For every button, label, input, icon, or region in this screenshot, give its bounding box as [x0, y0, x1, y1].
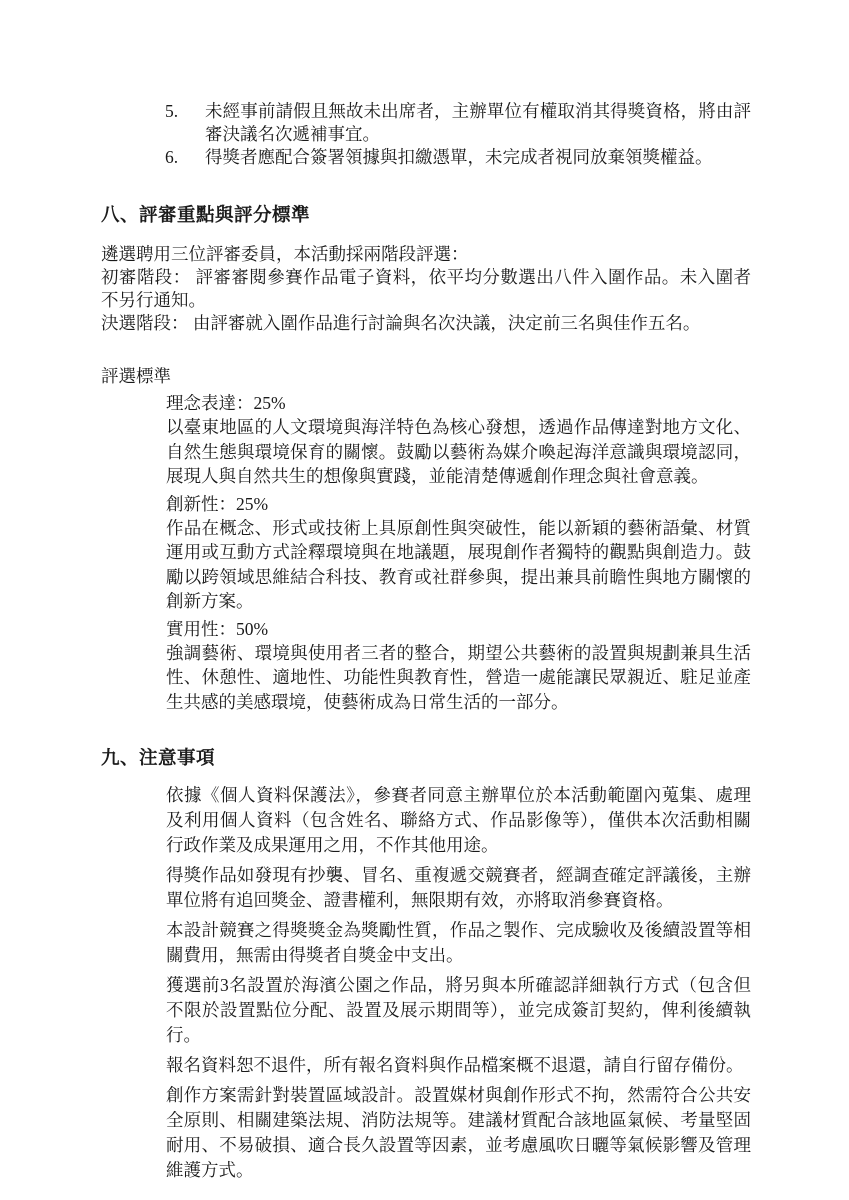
bullet-icon [128, 391, 166, 489]
item-text: 未經事前請假且無故未出席者，主辦單位有權取消其得獎資格，將由評審決議名次遞補事宜… [205, 100, 751, 146]
note-item: 報名資料恕不退件，所有報名資料與作品檔案概不退還，請自行留存備份。 [101, 1053, 751, 1078]
paragraph: 初審階段： 評審審閱參賽作品電子資料，依平均分數選出八件入圍作品。未入圍者不另行… [101, 266, 751, 312]
criterion-title: 實用性：50% [166, 619, 268, 639]
criterion-title: 創新性：25% [166, 494, 268, 514]
note-text: 得獎作品如發現有抄襲、冒名、重複遞交競賽者，經調查確定評議後，主辦單位將有追回獎… [166, 863, 751, 913]
bullet-icon [128, 1053, 166, 1078]
paragraph: 遴選聘用三位評審委員，本活動採兩階段評選： [101, 243, 751, 266]
criterion-item: 理念表達：25% 以臺東地區的人文環境與海洋特色為核心發想，透過作品傳達對地方文… [101, 391, 751, 489]
notes-list: 依據《個人資料保護法》，參賽者同意主辦單位於本活動範圍內蒐集、處理及利用個人資料… [101, 783, 751, 1183]
note-text: 依據《個人資料保護法》，參賽者同意主辦單位於本活動範圍內蒐集、處理及利用個人資料… [166, 783, 751, 858]
bullet-icon [128, 783, 166, 858]
note-item: 得獎作品如發現有抄襲、冒名、重複遞交競賽者，經調查確定評議後，主辦單位將有追回獎… [101, 863, 751, 913]
note-item: 依據《個人資料保護法》，參賽者同意主辦單位於本活動範圍內蒐集、處理及利用個人資料… [101, 783, 751, 858]
item-number: 6. [165, 146, 205, 169]
criterion-item: 實用性：50% 強調藝術、環境與使用者三者的整合，期望公共藝術的設置與規劃兼具生… [101, 617, 751, 715]
bullet-icon [128, 1083, 166, 1183]
evaluation-paragraphs: 遴選聘用三位評審委員，本活動採兩階段評選： 初審階段： 評審審閱參賽作品電子資料… [101, 243, 751, 335]
item-text: 得獎者應配合簽署領據與扣繳憑單，未完成者視同放棄領獎權益。 [205, 146, 751, 169]
note-text: 獲選前3名設置於海濱公園之作品，將另與本所確認詳細執行方式（包含但不限於設置點位… [166, 973, 751, 1048]
numbered-list: 5. 未經事前請假且無故未出席者，主辦單位有權取消其得獎資格，將由評審決議名次遞… [101, 100, 751, 169]
criterion-description: 作品在概念、形式或技術上具原創性與突破性，能以新穎的藝術語彙、材質運用或互動方式… [166, 516, 751, 614]
criterion-title: 理念表達：25% [166, 393, 286, 413]
section-heading-notes: 九、注意事項 [101, 748, 751, 771]
page-content: 5. 未經事前請假且無故未出席者，主辦單位有權取消其得獎資格，將由評審決議名次遞… [101, 100, 751, 1183]
criterion-item: 創新性：25% 作品在概念、形式或技術上具原創性與突破性，能以新穎的藝術語彙、材… [101, 492, 751, 614]
list-item: 6. 得獎者應配合簽署領據與扣繳憑單，未完成者視同放棄領獎權益。 [101, 146, 751, 169]
bullet-icon [128, 918, 166, 968]
bullet-icon [128, 617, 166, 715]
item-number: 5. [165, 100, 205, 146]
paragraph: 決選階段： 由評審就入圍作品進行討論與名次決議，決定前三名與佳作五名。 [101, 312, 751, 335]
list-item: 5. 未經事前請假且無故未出席者，主辦單位有權取消其得獎資格，將由評審決議名次遞… [101, 100, 751, 146]
criterion-body: 創新性：25% 作品在概念、形式或技術上具原創性與突破性，能以新穎的藝術語彙、材… [166, 492, 751, 614]
bullet-icon [128, 863, 166, 913]
section-heading-evaluation: 八、評審重點與評分標準 [101, 205, 751, 228]
note-text: 報名資料恕不退件，所有報名資料與作品檔案概不退還，請自行留存備份。 [166, 1053, 751, 1078]
note-text: 創作方案需針對裝置區域設計。設置媒材與創作形式不拘，然需符合公共安全原則、相關建… [166, 1083, 751, 1183]
note-text: 本設計競賽之得獎獎金為獎勵性質，作品之製作、完成驗收及後續設置等相關費用，無需由… [166, 918, 751, 968]
note-item: 創作方案需針對裝置區域設計。設置媒材與創作形式不拘，然需符合公共安全原則、相關建… [101, 1083, 751, 1183]
criteria-list: 理念表達：25% 以臺東地區的人文環境與海洋特色為核心發想，透過作品傳達對地方文… [101, 391, 751, 714]
note-item: 本設計競賽之得獎獎金為獎勵性質，作品之製作、完成驗收及後續設置等相關費用，無需由… [101, 918, 751, 968]
criterion-description: 以臺東地區的人文環境與海洋特色為核心發想，透過作品傳達對地方文化、自然生態與環境… [166, 415, 751, 489]
criterion-body: 實用性：50% 強調藝術、環境與使用者三者的整合，期望公共藝術的設置與規劃兼具生… [166, 617, 751, 715]
note-item: 獲選前3名設置於海濱公園之作品，將另與本所確認詳細執行方式（包含但不限於設置點位… [101, 973, 751, 1048]
criterion-body: 理念表達：25% 以臺東地區的人文環境與海洋特色為核心發想，透過作品傳達對地方文… [166, 391, 751, 489]
document-page: 5. 未經事前請假且無故未出席者，主辦單位有權取消其得獎資格，將由評審決議名次遞… [0, 0, 849, 1200]
bullet-icon [128, 973, 166, 1048]
criteria-label: 評選標準 [101, 365, 751, 388]
criterion-description: 強調藝術、環境與使用者三者的整合，期望公共藝術的設置與規劃兼具生活性、休憩性、適… [166, 641, 751, 715]
bullet-icon [128, 492, 166, 614]
